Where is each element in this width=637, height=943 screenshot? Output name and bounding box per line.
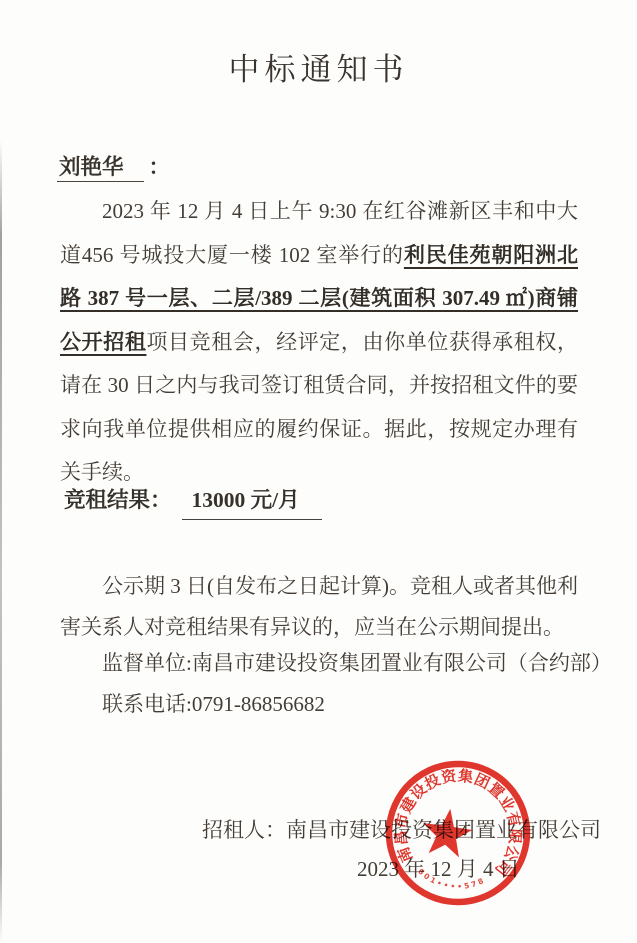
lessor-signature-line: 招租人：南昌市建设投资集团置业有限公司 [202,817,601,843]
supervisor-line: 监督单位:南昌市建设投资集团置业有限公司（合约部） [102,650,612,676]
salutation: 刘艳华： [57,150,170,184]
contact-phone-line: 联系电话:0791-86856682 [102,691,325,717]
lessor-company-name: 南昌市建设投资集团置业有限公司 [286,818,601,842]
body-paragraph: 2023 年 12 月 4 日上午 9:30 在红谷滩新区丰和中大道456 号城… [60,190,578,495]
page-title: 中标通知书 [0,48,637,92]
document-date: 2023 年 12 月 4 日 [357,856,520,882]
bid-result-value: 13000 元/月 [182,484,322,520]
bid-result-line: 竞租结果：13000 元/月 [64,484,322,520]
lessor-label: 招租人： [202,818,286,842]
bid-result-label: 竞租结果： [64,488,172,512]
salutation-colon: ： [149,155,171,179]
scanned-notice-page: 中标通知书 刘艳华： 2023 年 12 月 4 日上午 9:30 在红谷滩新区… [0,0,637,943]
recipient-name: 刘艳华 [57,155,144,182]
public-notice-paragraph: 公示期 3 日(自发布之日起计算)。竞租人或者其他利害关系人对竞租结果有异议的，… [60,566,578,648]
scan-edge-artifact [0,140,2,943]
